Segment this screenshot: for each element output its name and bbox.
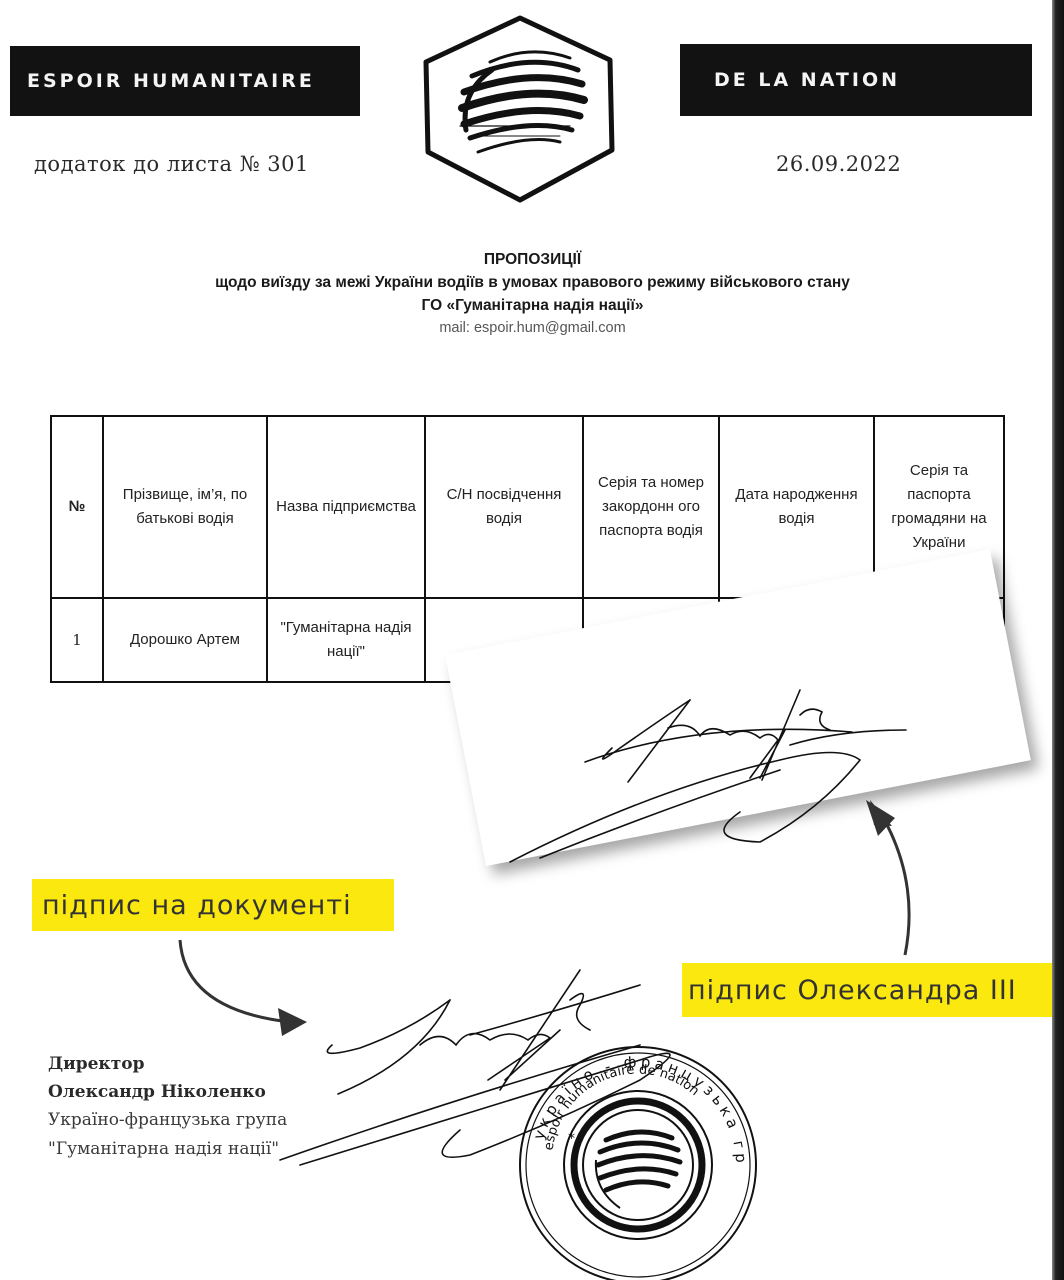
stamp-inner-text: espoir humanitaire de nation (542, 1062, 702, 1151)
document-subheading: щодо виїзду за межі України водіїв в умо… (60, 271, 1005, 294)
org-banner-left-text: ESPOIR HUMANITAIRE (27, 70, 315, 92)
page-edge-shadow (1052, 0, 1064, 1280)
organization-stamp-icon: * (520, 1047, 756, 1280)
arrow-to-reference-icon (880, 812, 909, 955)
globe-hexagon-logo-icon (420, 12, 620, 208)
column-header-birth-date: Дата народження водія (719, 416, 874, 598)
addendum-reference: додаток до листа № 301 (34, 152, 309, 176)
alexander-signature-label-text: підпис Олександра ІІІ (688, 975, 1017, 1006)
signatory-name: Олександр Ніколенко (48, 1078, 287, 1106)
column-header-number: № (51, 416, 103, 598)
cell-full-name: Дорошко Артем (103, 598, 267, 682)
document-date: 26.09.2022 (776, 152, 901, 176)
cell-number: 1 (51, 598, 103, 682)
document-signature-label: підпис на документі (32, 879, 394, 931)
alexander-signature-label: підпис Олександра ІІІ (682, 963, 1052, 1017)
organization-name: ГО «Гуманітарна надія нації» (60, 294, 1005, 317)
org-banner-right-text: DE LA NATION (714, 69, 900, 91)
signatory-position: Директор (48, 1050, 287, 1078)
document-heading: ПРОПОЗИЦІЇ (60, 248, 1005, 271)
document-signature-label-text: підпис на документі (42, 890, 352, 921)
contact-email: mail: espoir.hum@gmail.com (60, 317, 1005, 339)
document-title-block: ПРОПОЗИЦІЇ щодо виїзду за межі України в… (60, 248, 1005, 339)
column-header-company: Назва підприємства (267, 416, 425, 598)
document-signature-icon (280, 970, 670, 1165)
svg-text:*: * (568, 1131, 575, 1147)
org-banner-right: DE LA NATION (680, 44, 1032, 116)
org-banner-left: ESPOIR HUMANITAIRE (10, 46, 360, 116)
signatory-group-line2: "Гуманітарна надія нації" (48, 1135, 287, 1164)
signatory-block: Директор Олександр Ніколенко Україно-фра… (48, 1050, 287, 1164)
column-header-foreign-passport: Серія та номер закордонн ого паспорта во… (583, 416, 719, 598)
cell-company: "Гуманітарна надія нації" (267, 598, 425, 682)
table-header-row: № Прізвище, ім’я, по батькові водія Назв… (51, 416, 1004, 598)
signatory-group-line1: Україно-французька група (48, 1106, 287, 1135)
column-header-full-name: Прізвище, ім’я, по батькові водія (103, 416, 267, 598)
arrow-to-document-signature-icon (180, 940, 290, 1022)
column-header-license: С/Н посвідчення водія (425, 416, 583, 598)
